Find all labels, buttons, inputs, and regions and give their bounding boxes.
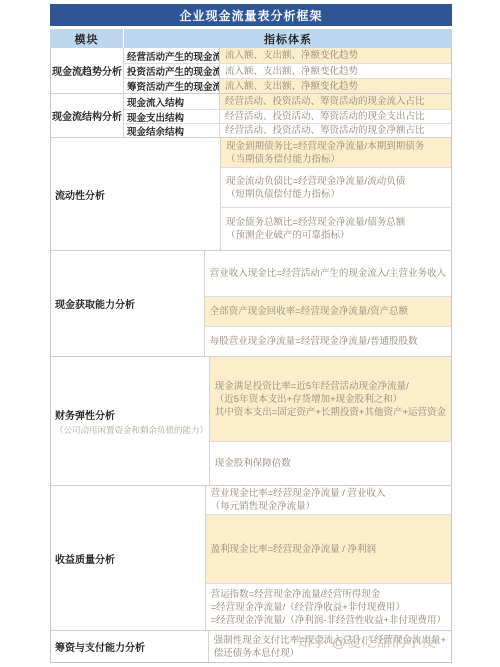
sub-module-label: 现金结余结构 (124, 124, 220, 137)
table-row: 筹资活动产生的现金流 流入额、支出额、净额变化趋势 (124, 78, 451, 93)
module-label: 现金获取能力分析 (51, 251, 205, 356)
indicator-cell: 经营活动、投资活动、筹资活动的现金净额占比 (220, 124, 451, 137)
indicator-cell: 流入额、支出额、净额变化趋势 (220, 64, 451, 78)
indicator-line: 经营活动、投资活动、筹资活动的现金支出占比 (225, 110, 446, 123)
page: 企业现金流量表分析框架 模块 指标体系 现金流趋势分析 经营活动产生的现金流 流… (0, 0, 500, 667)
table-row: 现金满足投资比率=近5年经营活动现金净流量/ （近5年资本支出+存货增加+现金股… (210, 357, 451, 441)
table-body: 现金流趋势分析 经营活动产生的现金流 流入额、支出额、净额变化趋势 投资活动产生… (50, 48, 452, 663)
indicator-cell: 流入额、支出额、净额变化趋势 (220, 79, 451, 93)
table-row: 每股营业现金净流量=经营现金净流量/普通股股数 (205, 326, 451, 356)
indicator-line: 盈利现金比率=经营现金净流量 / 净利润 (211, 543, 446, 556)
table-row: 投资活动产生的现金流 流入额、支出额、净额变化趋势 (124, 63, 451, 78)
indicator-cell: 经营活动、投资活动、筹资活动的现金支出占比 (220, 110, 451, 123)
module-note: （公司动用闲置资金和剩余负债的能力） (55, 424, 208, 436)
module-title: 财务弹性分析 (55, 407, 115, 422)
indicator-cell: 营业收入现金比=经营活动产生的现金流入/主营业务收入 (205, 251, 451, 296)
table-title: 企业现金流量表分析框架 (50, 4, 452, 26)
table-row: 现金股利保障倍数 (210, 441, 451, 485)
table-header: 模块 指标体系 (50, 29, 452, 48)
indicator-line: 流入额、支出额、净额变化趋势 (225, 80, 446, 93)
module-label: 收益质量分析 (51, 486, 206, 630)
indicator-line: 流入额、支出额、净额变化趋势 (225, 49, 446, 62)
table-row: 现金到期债务比=经营现金净流量/本期到期债务 （当期债务偿付能力指标） (221, 138, 451, 167)
indicator-line: （当期债务偿付能力指标） (226, 153, 446, 166)
indicator-line: （近5年资本支出+存货增加+现金股利之和） (215, 393, 446, 406)
indicator-line: 营运指数=经营现金净流量/经营所得现金 (211, 588, 446, 601)
indicator-cell: 营业现金比率=经营现金净流量 / 营业收入 （每元销售现金净流量） (206, 486, 451, 514)
table-row: 全部资产现金回收率=经营现金净流量/资产总额 (205, 296, 451, 326)
sub-module-label: 投资活动产生的现金流 (124, 64, 220, 78)
header-module-cell: 模块 (50, 29, 123, 48)
indicator-cell: 全部资产现金回收率=经营现金净流量/资产总额 (205, 297, 451, 326)
header-indicator-cell: 指标体系 (124, 29, 452, 48)
section-cash-flow-structure: 现金流结构分析 现金流入结构 经营活动、投资活动、筹资活动的现金流入占比 现金支… (51, 93, 451, 137)
module-label: 现金流趋势分析 (51, 48, 124, 93)
indicator-line: =经营现金净流量/（净利润-非经营性收益+非付现费用） (211, 614, 446, 627)
section-income-quality: 收益质量分析 营业现金比率=经营现金净流量 / 营业收入 （每元销售现金净流量）… (51, 485, 451, 630)
table-row: 现金流动负债比=经营现金净流量/流动负债 （短期负债偿付能力指标） (221, 167, 451, 207)
indicator-cell: 现金满足投资比率=近5年经营活动现金净流量/ （近5年资本支出+存货增加+现金股… (210, 357, 451, 441)
watermark: 知乎 @爱吃甜的小皮 (297, 632, 437, 652)
indicator-cell: 现金债务总额比=经营现金净流量/债务总额 （预测企业破产的可靠指标） (221, 208, 451, 250)
table-row: 营运指数=经营现金净流量/经营所得现金 =经营现金净流量/（经营净收益+非付现费… (206, 583, 451, 630)
indicator-line: 营业收入现金比=经营活动产生的现金流入/主营业务收入 (210, 267, 446, 280)
sub-module-label: 筹资活动产生的现金流 (124, 79, 220, 93)
indicator-cell: 每股营业现金净流量=经营现金净流量/普通股股数 (205, 327, 451, 356)
indicator-cell: 盈利现金比率=经营现金净流量 / 净利润 (206, 515, 451, 583)
indicator-cell: 现金流动负债比=经营现金净流量/流动负债 （短期负债偿付能力指标） (221, 168, 451, 207)
indicator-line: 全部资产现金回收率=经营现金净流量/资产总额 (210, 305, 446, 318)
table-row: 盈利现金比率=经营现金净流量 / 净利润 (206, 514, 451, 583)
sub-module-label: 经营活动产生的现金流 (124, 48, 220, 63)
indicator-cell: 现金股利保障倍数 (210, 442, 451, 485)
indicator-line: 现金流动负债比=经营现金净流量/流动负债 (226, 175, 446, 188)
indicator-cell: 经营活动、投资活动、筹资活动的现金流入占比 (220, 94, 451, 109)
indicator-line: 经营活动、投资活动、筹资活动的现金净额占比 (225, 124, 446, 137)
indicator-line: 现金到期债务比=经营现金净流量/本期到期债务 (226, 140, 446, 153)
indicator-line: =经营现金净流量/（经营净收益+非付现费用） (211, 601, 446, 614)
indicator-cell: 营运指数=经营现金净流量/经营所得现金 =经营现金净流量/（经营净收益+非付现费… (206, 584, 451, 630)
sub-module-label: 现金流入结构 (124, 94, 220, 109)
indicator-line: 营业现金比率=经营现金净流量 / 营业收入 (211, 487, 446, 500)
section-cash-acquisition: 现金获取能力分析 营业收入现金比=经营活动产生的现金流入/主营业务收入 全部资产… (51, 250, 451, 356)
indicator-line: 每股营业现金净流量=经营现金净流量/普通股股数 (210, 335, 446, 348)
table-row: 现金流入结构 经营活动、投资活动、筹资活动的现金流入占比 (124, 94, 451, 109)
indicator-line: 现金满足投资比率=近5年经营活动现金净流量/ (215, 380, 446, 393)
module-label: 财务弹性分析 （公司动用闲置资金和剩余负债的能力） (51, 357, 210, 485)
table-row: 经营活动产生的现金流 流入额、支出额、净额变化趋势 (124, 48, 451, 63)
indicator-line: 其中资本支出=固定资产+长期投资+其他资产+运营资金 (215, 406, 446, 419)
module-label: 现金流结构分析 (51, 94, 124, 137)
indicator-line: 现金股利保障倍数 (215, 457, 446, 470)
section-financial-flexibility: 财务弹性分析 （公司动用闲置资金和剩余负债的能力） 现金满足投资比率=近5年经营… (51, 356, 451, 485)
table-row: 现金债务总额比=经营现金净流量/债务总额 （预测企业破产的可靠指标） (221, 207, 451, 250)
indicator-line: （每元销售现金净流量） (211, 500, 446, 513)
table-row: 现金结余结构 经营活动、投资活动、筹资活动的现金净额占比 (124, 123, 451, 137)
indicator-line: （预测企业破产的可靠指标） (226, 229, 446, 242)
indicator-line: （短期负债偿付能力指标） (226, 188, 446, 201)
indicator-line: 流入额、支出额、净额变化趋势 (225, 65, 446, 78)
table-row: 营业现金比率=经营现金净流量 / 营业收入 （每元销售现金净流量） (206, 486, 451, 514)
table-row: 现金支出结构 经营活动、投资活动、筹资活动的现金支出占比 (124, 109, 451, 123)
analysis-framework-table: 企业现金流量表分析框架 模块 指标体系 现金流趋势分析 经营活动产生的现金流 流… (50, 4, 452, 663)
indicator-line: 经营活动、投资活动、筹资活动的现金流入占比 (225, 95, 446, 108)
module-label: 筹资与支付能力分析 (51, 631, 209, 662)
table-row: 营业收入现金比=经营活动产生的现金流入/主营业务收入 (205, 251, 451, 296)
section-cash-flow-trend: 现金流趋势分析 经营活动产生的现金流 流入额、支出额、净额变化趋势 投资活动产生… (51, 48, 451, 93)
module-label: 流动性分析 (51, 138, 221, 250)
indicator-cell: 现金到期债务比=经营现金净流量/本期到期债务 （当期债务偿付能力指标） (221, 138, 451, 167)
sub-module-label: 现金支出结构 (124, 110, 220, 123)
section-liquidity: 流动性分析 现金到期债务比=经营现金净流量/本期到期债务 （当期债务偿付能力指标… (51, 137, 451, 250)
indicator-cell: 流入额、支出额、净额变化趋势 (220, 48, 451, 63)
indicator-line: 现金债务总额比=经营现金净流量/债务总额 (226, 216, 446, 229)
